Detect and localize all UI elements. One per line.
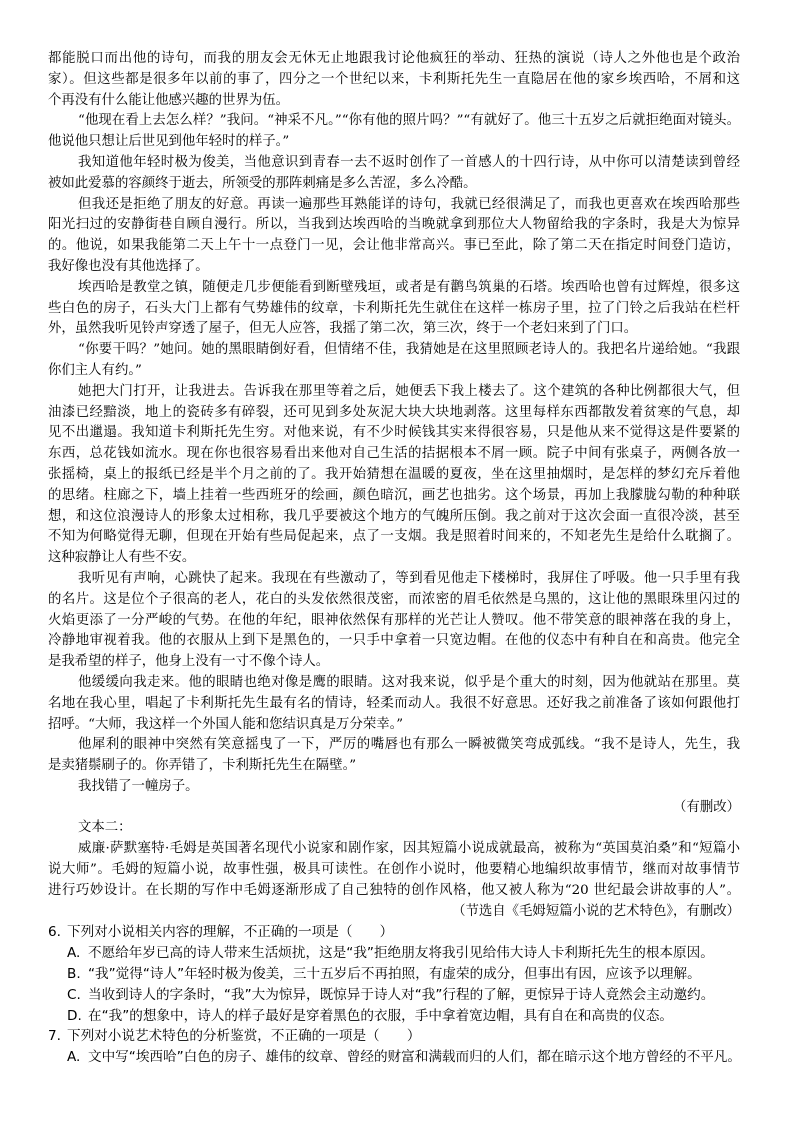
text-line: 她把大门打开，让我进去。告诉我在那里等着之后，她便丢下我上楼去了。这个建筑的各种… (48, 382, 740, 403)
text-line: 张摇椅，桌上的报纸已经是半个月之前的了。我开始猜想在温暖的夏夜，坐在这里抽烟时，… (48, 465, 740, 486)
question-6: 6.下列对小说相关内容的理解，不正确的一项是（ ） A.不愿给年岁已高的诗人带来… (48, 922, 740, 1026)
question-number: 7. (48, 1026, 67, 1047)
option-label: B. (67, 964, 88, 985)
text-line: 威廉·萨默塞特·毛姆是英国著名现代小说家和剧作家，因其短篇小说成就最高，被称为“… (48, 839, 740, 860)
option-text: “我”觉得“诗人”年轻时极为俊美，三十五岁后不再拍照，有虚荣的成分，但事出有因，… (88, 966, 701, 982)
text-line: 都能脱口而出他的诗句，而我的朋友会无休无止地跟我讨论他疯狂的举动、狂热的演说（诗… (48, 49, 740, 70)
question-stem: 下列对小说相关内容的理解，不正确的一项是（ ） (67, 924, 393, 940)
text-line: 是我希望的样子，他身上没有一寸不像个诗人。 (48, 652, 740, 673)
text-line: 招呼。“大师，我这样一个外国人能和您结识真是万分荣幸。” (48, 715, 740, 736)
text-line: 不知为何略觉得无聊，但现在开始有些局促起来，点了一支烟。我是照着时间来的，不知老… (48, 527, 740, 548)
text-line: 我知道他年轻时极为俊美，当他意识到青春一去不返时创作了一首感人的十四行诗，从中你… (48, 153, 740, 174)
option-a: A.不愿给年岁已高的诗人带来生活烦扰，这是“我”拒绝朋友将我引见给伟大诗人卡利斯… (48, 943, 740, 964)
text-line: 进行巧妙设计。在长期的写作中毛姆逐渐形成了自己独特的创作风格，他又被人称为“20… (48, 881, 740, 902)
text-line: 但我还是拒绝了朋友的好意。再读一遍那些耳熟能详的诗句，我就已经很满足了，而我也更… (48, 195, 740, 216)
text-line: “他现在看上去怎么样？”我问。“神采不凡。”“你有他的照片吗？”“有就好了。他三… (48, 111, 740, 132)
paragraph: 我知道他年轻时极为俊美，当他意识到青春一去不返时创作了一首感人的十四行诗，从中你… (48, 153, 740, 195)
text1-passage: 都能脱口而出他的诗句，而我的朋友会无休无止地跟我讨论他疯狂的举动、狂热的演说（诗… (48, 49, 740, 818)
text-line: 冷静地审视着我。他的衣服从上到下是黑色的，一只手中拿着一只宽边帽。在他的仪态中有… (48, 631, 740, 652)
paragraph: 她把大门打开，让我进去。告诉我在那里等着之后，她便丢下我上楼去了。这个建筑的各种… (48, 382, 740, 569)
text-line: 的。他说，如果我能第二天上午十一点登门一见，会让他非常高兴。事已至此，除了第二天… (48, 236, 740, 257)
paragraph: 他犀利的眼神中突然有笑意摇曳了一下，严厉的嘴唇也有那么一瞬被微笑弯成弧线。“我不… (48, 735, 740, 777)
text2-passage: 文本二： 威廉·萨默塞特·毛姆是英国著名现代小说家和剧作家，因其短篇小说成就最高… (48, 818, 740, 922)
option-b: B.“我”觉得“诗人”年轻时极为俊美，三十五岁后不再拍照，有虚荣的成分，但事出有… (48, 964, 740, 985)
option-label: C. (67, 985, 88, 1006)
question-stem: 下列对小说艺术特色的分析鉴赏，不正确的一项是（ ） (67, 1028, 420, 1044)
question-7: 7.下列对小说艺术特色的分析鉴赏，不正确的一项是（ ） A.文中写“埃西哈”白色… (48, 1026, 740, 1068)
question-stem-line: 6.下列对小说相关内容的理解，不正确的一项是（ ） (48, 922, 740, 943)
text-line: 家）。但这些都是很多年以前的事了，四分之一个世纪以来，卡利斯托先生一直隐居在他的… (48, 70, 740, 91)
document-page: 都能脱口而出他的诗句，而我的朋友会无休无止地跟我讨论他疯狂的举动、狂热的演说（诗… (0, 0, 794, 1123)
text-line: 见不出邋遢。我知道卡利斯托先生穷。对他来说，有不少时候钱其实来得很容易，只是他从… (48, 423, 740, 444)
paragraph: “你要干吗？”她问。她的黑眼睛倒好看，但情绪不佳，我猜她是在这里照顾老诗人的。我… (48, 340, 740, 382)
text-line: 名地在我心里，唱起了卡利斯托先生最有名的情诗，轻柔而动人。我很不好意思。还好我之… (48, 694, 740, 715)
option-d: D.在“我”的想象中，诗人的样子最好是穿着黑色的衣服，手中拿着宽边帽，具有自在和… (48, 1006, 740, 1027)
option-label: A. (67, 1047, 88, 1068)
text-line: 被如此爱慕的容颜终于逝去，所领受的那阵刺痛是多么苦涩，多么冷酷。 (48, 174, 740, 195)
source-note: （有删改） (48, 798, 740, 819)
paragraph: 我找错了一幢房子。 (48, 777, 740, 798)
text-line: 他犀利的眼神中突然有笑意摇曳了一下，严厉的嘴唇也有那么一瞬被微笑弯成弧线。“我不… (48, 735, 740, 756)
option-label: D. (67, 1006, 88, 1027)
paragraph: 我听见有声响，心跳快了起来。我现在有些激动了，等到看见他走下楼梯时，我屏住了呼吸… (48, 569, 740, 673)
option-text: 文中写“埃西哈”白色的房子、雄伟的纹章、曾经的财富和满载而归的人们，都在暗示这个… (88, 1049, 741, 1065)
text-line: 埃西哈是教堂之镇，随便走几步便能看到断壁残垣，或者是有鹳鸟筑巢的石塔。埃西哈也曾… (48, 278, 740, 299)
page-content: 都能脱口而出他的诗句，而我的朋友会无休无止地跟我讨论他疯狂的举动、狂热的演说（诗… (48, 49, 740, 1068)
text-line: 阳光扫过的安静街巷自顾自漫行。所以，当我到达埃西哈的当晚就拿到那位大人物留给我的… (48, 215, 740, 236)
text-line: 东西，总花钱如流水。现在你也很容易看出来他对自己生活的拮据根本不屑一顾。院子中间… (48, 444, 740, 465)
paragraph: 埃西哈是教堂之镇，随便走几步便能看到断壁残垣，或者是有鹳鸟筑巢的石塔。埃西哈也曾… (48, 278, 740, 340)
option-label: A. (67, 943, 88, 964)
text-line: “你要干吗？”她问。她的黑眼睛倒好看，但情绪不佳，我猜她是在这里照顾老诗人的。我… (48, 340, 740, 361)
question-number: 6. (48, 922, 67, 943)
option-text: 在“我”的想象中，诗人的样子最好是穿着黑色的衣服，手中拿着宽边帽，具有自在和高贵… (88, 1008, 673, 1024)
text2-label: 文本二： (48, 818, 740, 839)
option-a: A.文中写“埃西哈”白色的房子、雄伟的纹章、曾经的财富和满载而归的人们，都在暗示… (48, 1047, 740, 1068)
text-line: 说大师”。毛姆的短篇小说，故事性强，极具可读性。在创作小说时，他要精心地编织故事… (48, 860, 740, 881)
text-line: 外，虽然我听见铃声穿透了屋子，但无人应答，我摇了第二次，第三次，终于一个老妇来到… (48, 319, 740, 340)
text-line: 的思绪。柱廊之下，墙上挂着一些西班牙的绘画，颜色暗沉，画艺也拙劣。这个场景，再加… (48, 486, 740, 507)
paragraph: 但我还是拒绝了朋友的好意。再读一遍那些耳熟能详的诗句，我就已经很满足了，而我也更… (48, 195, 740, 278)
text-line: 我找错了一幢房子。 (48, 777, 740, 798)
source-note: （节选自《毛姆短篇小说的艺术特色》，有删改） (48, 902, 740, 923)
option-c: C.当收到诗人的字条时，“我”大为惊异，既惊异于诗人对“我”行程的了解，更惊异于… (48, 985, 740, 1006)
paragraph: 都能脱口而出他的诗句，而我的朋友会无休无止地跟我讨论他疯狂的举动、狂热的演说（诗… (48, 49, 740, 111)
text-line: 这种寂静让人有些不安。 (48, 548, 740, 569)
text-line: 他说他只想让后世见到他年轻时的样子。” (48, 132, 740, 153)
paragraph: 他缓缓向我走来。他的眼睛也绝对像是鹰的眼睛。这对我来说，似乎是个重大的时刻，因为… (48, 673, 740, 735)
text-line: 的名片。这是位个子很高的老人，花白的头发依然很茂密，而浓密的眉毛依然是乌黑的，这… (48, 590, 740, 611)
text-line: 火焰更添了一分严峻的气势。在他的年纪，眼神依然保有那样的光芒让人赞叹。他不带笑意… (48, 611, 740, 632)
option-text: 不愿给年岁已高的诗人带来生活烦扰，这是“我”拒绝朋友将我引见给伟大诗人卡利斯托先… (88, 945, 714, 961)
text-line: 是卖猪鬃刷子的。你弄错了，卡利斯托先生在隔壁。” (48, 756, 740, 777)
option-text: 当收到诗人的字条时，“我”大为惊异，既惊异于诗人对“我”行程的了解，更惊异于诗人… (88, 987, 714, 1003)
text-line: 想，和这位浪漫诗人的形象太过相称，我几乎要被这个地方的气魄所压倒。我之前对于这次… (48, 507, 740, 528)
text-line: 油漆已经黯淡，地上的瓷砖多有碎裂，还可见到多处灰泥大块大块地剥落。这里每样东西都… (48, 403, 740, 424)
text-line: 我好像也没有其他选择了。 (48, 257, 740, 278)
text-line: 些白色的房子，石头大门上都有气势雄伟的纹章，卡利斯托先生就住在这样一栋房子里，拉… (48, 299, 740, 320)
text-line: 我听见有声响，心跳快了起来。我现在有些激动了，等到看见他走下楼梯时，我屏住了呼吸… (48, 569, 740, 590)
text-line: 你们主人有约。” (48, 361, 740, 382)
text-line: 个再没有什么能让他感兴趣的世界为伍。 (48, 91, 740, 112)
question-stem-line: 7.下列对小说艺术特色的分析鉴赏，不正确的一项是（ ） (48, 1026, 740, 1047)
text-line: 他缓缓向我走来。他的眼睛也绝对像是鹰的眼睛。这对我来说，似乎是个重大的时刻，因为… (48, 673, 740, 694)
paragraph: “他现在看上去怎么样？”我问。“神采不凡。”“你有他的照片吗？”“有就好了。他三… (48, 111, 740, 153)
